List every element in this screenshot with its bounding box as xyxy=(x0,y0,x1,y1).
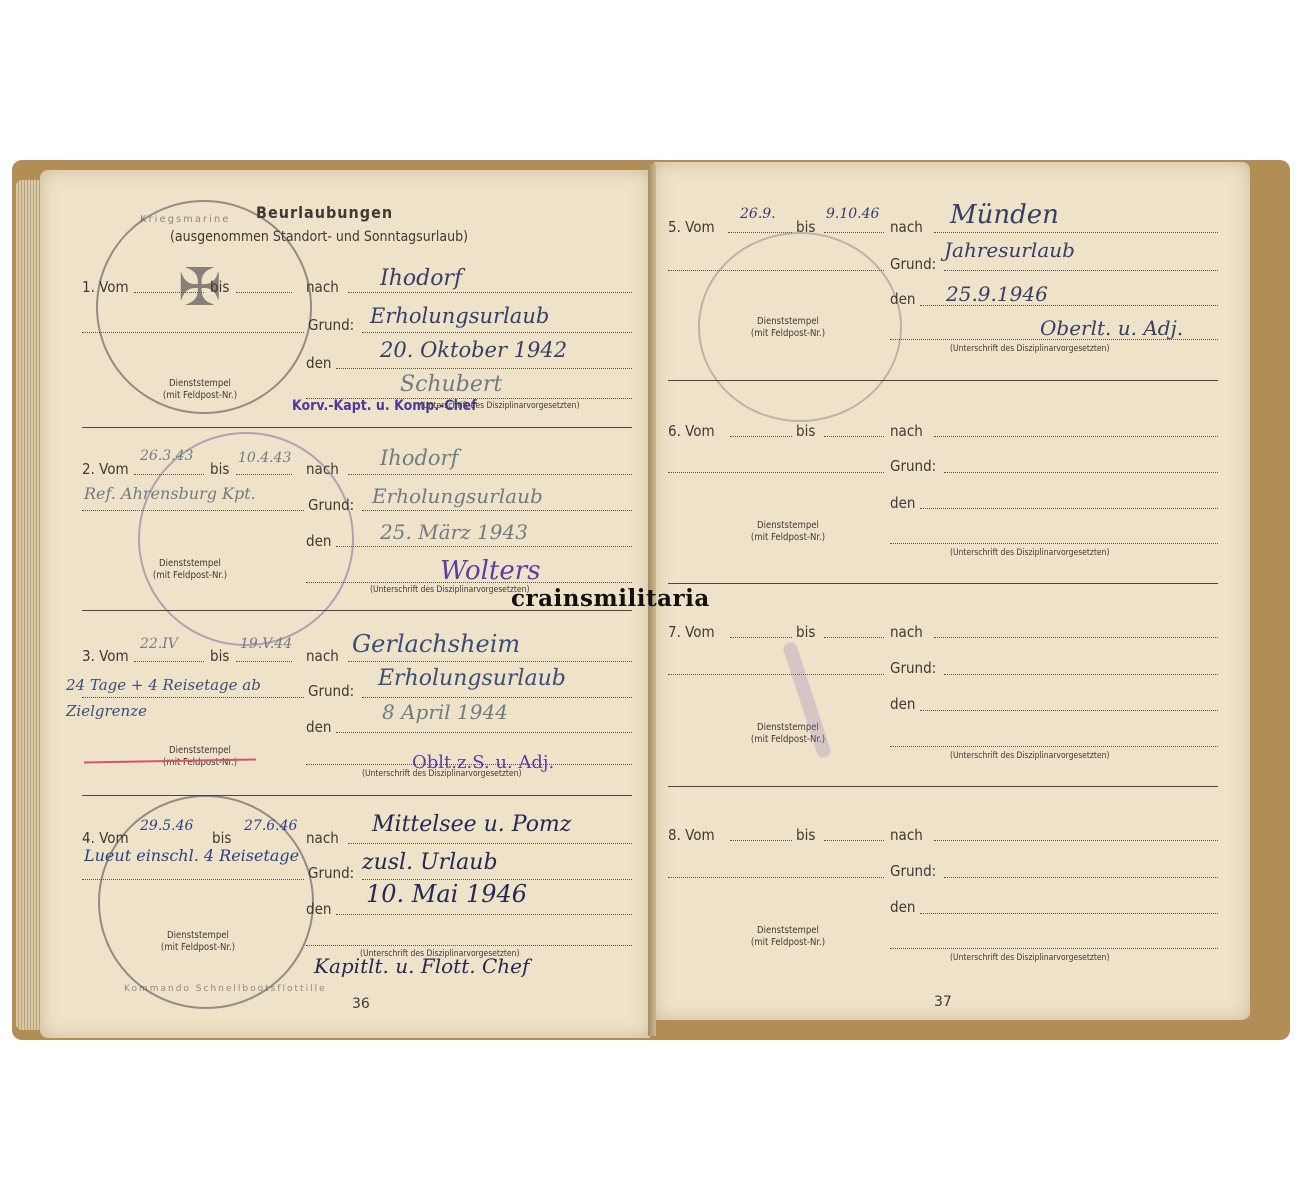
entry-divider xyxy=(668,380,1218,381)
bis-label: bis xyxy=(796,623,815,641)
destination-value: Gerlachsheim xyxy=(352,630,520,658)
service-stamp-label: Dienststempel(mit Feldpost-Nr.) xyxy=(138,930,258,954)
nach-field-line xyxy=(934,436,1218,437)
from-value: 26.3.43 xyxy=(140,448,193,464)
den-field-line xyxy=(920,710,1218,711)
note-field-line xyxy=(82,332,304,333)
nach-field-line xyxy=(934,637,1218,638)
nach-field-line xyxy=(934,232,1218,233)
destination-value: Ihodorf xyxy=(380,446,458,470)
signature-caption: (Unterschrift des Disziplinarvorgesetzte… xyxy=(950,343,1109,355)
signature-caption: (Unterschrift des Disziplinarvorgesetzte… xyxy=(420,400,579,412)
date-value: 25.9.1946 xyxy=(946,282,1048,306)
bis-label: bis xyxy=(212,829,231,847)
nach-label: nach xyxy=(890,826,923,844)
note-field-line xyxy=(668,877,884,878)
reason-value: Erholungsurlaub xyxy=(370,304,549,328)
signature-field-line xyxy=(306,582,632,583)
reason-value: zusl. Urlaub xyxy=(362,850,498,875)
entry-divider xyxy=(668,786,1218,787)
nach-label: nach xyxy=(890,218,923,236)
note-field-line xyxy=(82,697,304,698)
entry-number: 1. Vom xyxy=(82,278,129,296)
reason-value: Jahresurlaub xyxy=(944,238,1075,262)
grund-field-line xyxy=(944,877,1218,878)
grund-label: Grund: xyxy=(890,457,936,475)
den-field-line xyxy=(336,546,632,547)
nach-field-line xyxy=(348,474,632,475)
den-label: den xyxy=(890,695,915,713)
signature-caption: (Unterschrift des Disziplinarvorgesetzte… xyxy=(362,768,521,780)
from-field-line xyxy=(134,661,204,662)
signature-field-line xyxy=(890,948,1218,949)
nach-label: nach xyxy=(306,829,339,847)
watermark-text: crainsmilitaria xyxy=(511,585,710,612)
to-value: 9.10.46 xyxy=(826,206,879,222)
note-field-line xyxy=(668,472,884,473)
bis-label: bis xyxy=(796,422,815,440)
grund-label: Grund: xyxy=(890,659,936,677)
signature-value: Kapitlt. u. Flott. Chef xyxy=(314,954,529,978)
note-field-line xyxy=(82,879,304,880)
service-stamp-label: Dienststempel(mit Feldpost-Nr.) xyxy=(728,925,848,949)
nach-label: nach xyxy=(306,460,339,478)
bis-label: bis xyxy=(796,826,815,844)
den-label: den xyxy=(890,290,915,308)
bis-label: bis xyxy=(210,460,229,478)
den-field-line xyxy=(920,508,1218,509)
signature-caption: (Unterschrift des Disziplinarvorgesetzte… xyxy=(950,952,1109,964)
service-stamp-label: Dienststempel(mit Feldpost-Nr.) xyxy=(728,520,848,544)
grund-label: Grund: xyxy=(308,864,354,882)
signature-caption: (Unterschrift des Disziplinarvorgesetzte… xyxy=(950,750,1109,762)
entry-number: 8. Vom xyxy=(668,826,715,844)
grund-label: Grund: xyxy=(308,316,354,334)
entry-number: 3. Vom xyxy=(82,647,129,665)
signature-field-line xyxy=(306,945,632,946)
to-field-line xyxy=(824,436,884,437)
note-field-line xyxy=(668,270,884,271)
signature-field-line xyxy=(890,746,1218,747)
to-value: 10.4.43 xyxy=(238,450,291,466)
note-field-line xyxy=(82,510,304,511)
signature-caption: (Unterschrift des Disziplinarvorgesetzte… xyxy=(370,584,529,596)
service-stamp-label: Dienststempel(mit Feldpost-Nr.) xyxy=(728,316,848,340)
entry-number: 5. Vom xyxy=(668,218,715,236)
signature-value: Oberlt. u. Adj. xyxy=(1040,316,1183,340)
nach-field-line xyxy=(348,292,632,293)
page-title: Beurlaubungen xyxy=(256,203,393,222)
to-value: 19.V.44 xyxy=(240,636,292,652)
to-field-line xyxy=(824,840,884,841)
grund-label: Grund: xyxy=(308,496,354,514)
entry-number: 7. Vom xyxy=(668,623,715,641)
from-field-line xyxy=(728,232,792,233)
den-label: den xyxy=(890,494,915,512)
to-field-line xyxy=(824,232,884,233)
to-field-line xyxy=(236,474,292,475)
service-stamp-label: Dienststempel(mit Feldpost-Nr.) xyxy=(140,745,260,769)
grund-field-line xyxy=(944,674,1218,675)
nach-field-line xyxy=(934,840,1218,841)
date-value: 25. März 1943 xyxy=(380,520,528,544)
page-number: 36 xyxy=(352,996,370,1012)
to-field-line xyxy=(236,661,292,662)
grund-label: Grund: xyxy=(890,862,936,880)
date-value: 10. Mai 1946 xyxy=(366,880,527,908)
to-field-line xyxy=(236,292,292,293)
bis-label: bis xyxy=(210,278,229,296)
from-field-line xyxy=(730,637,792,638)
stamp-text: Kommando Schnellbootsflottille xyxy=(124,984,327,994)
reason-value: Erholungsurlaub xyxy=(378,666,566,691)
signature-field-line xyxy=(890,543,1218,544)
from-field-line xyxy=(730,436,792,437)
den-field-line xyxy=(336,368,632,369)
from-field-line xyxy=(134,292,204,293)
date-value: 8 April 1944 xyxy=(382,700,508,724)
grund-label: Grund: xyxy=(308,682,354,700)
service-stamp-label: Dienststempel(mit Feldpost-Nr.) xyxy=(130,558,250,582)
from-value: 26.9. xyxy=(740,206,776,222)
bis-label: bis xyxy=(796,218,815,236)
nach-label: nach xyxy=(890,422,923,440)
note-field-line xyxy=(668,674,884,675)
den-label: den xyxy=(306,532,331,550)
den-field-line xyxy=(920,913,1218,914)
nach-label: nach xyxy=(890,623,923,641)
entry-number: 2. Vom xyxy=(82,460,129,478)
bis-label: bis xyxy=(210,647,229,665)
den-field-line xyxy=(336,732,632,733)
den-label: den xyxy=(306,354,331,372)
destination-value: Mittelsee u. Pomz xyxy=(372,812,571,837)
nach-field-line xyxy=(348,661,632,662)
destination-value: Münden xyxy=(950,200,1059,230)
signature-caption: (Unterschrift des Disziplinarvorgesetzte… xyxy=(950,547,1109,559)
service-stamp-label: Dienststempel(mit Feldpost-Nr.) xyxy=(140,378,260,402)
service-stamp-label: Dienststempel(mit Feldpost-Nr.) xyxy=(728,722,848,746)
entry-divider xyxy=(668,583,1218,584)
to-value: 27.6.46 xyxy=(244,818,297,834)
page-edges xyxy=(16,180,40,1030)
from-field-line xyxy=(134,474,204,475)
destination-value: Ihodorf xyxy=(380,266,462,291)
grund-field-line xyxy=(944,472,1218,473)
grund-label: Grund: xyxy=(890,255,936,273)
to-field-line xyxy=(824,637,884,638)
entry-divider xyxy=(82,427,632,428)
signature-field-line xyxy=(890,339,1218,340)
note-value: Lueut einschl. 4 Reisetage xyxy=(84,846,299,865)
grund-field-line xyxy=(362,510,632,511)
signature-value: Schubert xyxy=(400,372,502,397)
den-field-line xyxy=(336,914,632,915)
den-label: den xyxy=(306,900,331,918)
entry-divider xyxy=(82,795,632,796)
stamp-text: Kriegsmarine xyxy=(140,214,230,225)
den-label: den xyxy=(306,718,331,736)
entry-number: 4. Vom xyxy=(82,829,129,847)
nach-label: nach xyxy=(306,647,339,665)
den-label: den xyxy=(890,898,915,916)
grund-field-line xyxy=(944,270,1218,271)
from-field-line xyxy=(730,840,792,841)
nach-label: nach xyxy=(306,278,339,296)
nach-field-line xyxy=(348,843,632,844)
note-value: 24 Tage + 4 Reisetage ab Zielgrenze xyxy=(66,672,296,724)
from-value: 22.IV xyxy=(140,636,178,652)
page-number: 37 xyxy=(934,994,952,1010)
reason-value: Erholungsurlaub xyxy=(372,484,543,508)
entry-number: 6. Vom xyxy=(668,422,715,440)
from-value: 29.5.46 xyxy=(140,818,193,834)
date-value: 20. Oktober 1942 xyxy=(380,338,567,362)
note-value: Ref. Ahrensburg Kpt. xyxy=(84,484,256,503)
grund-field-line xyxy=(362,332,632,333)
grund-field-line xyxy=(362,697,632,698)
